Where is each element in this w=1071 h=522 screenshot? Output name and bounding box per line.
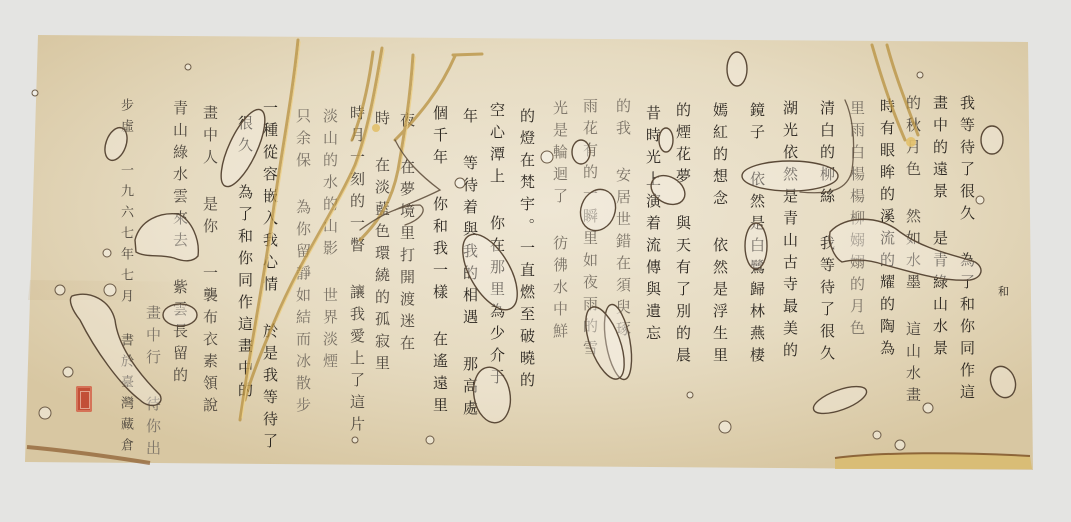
crease-lines [240,40,918,420]
water-drops [70,52,1019,426]
calligraphy-photo: 我等待了很久 為了和你同作這 畫中的遠景 是青綠山水景 的秋月色 然如水墨 這山… [0,0,1071,522]
creases-and-water-drops [0,0,1071,522]
